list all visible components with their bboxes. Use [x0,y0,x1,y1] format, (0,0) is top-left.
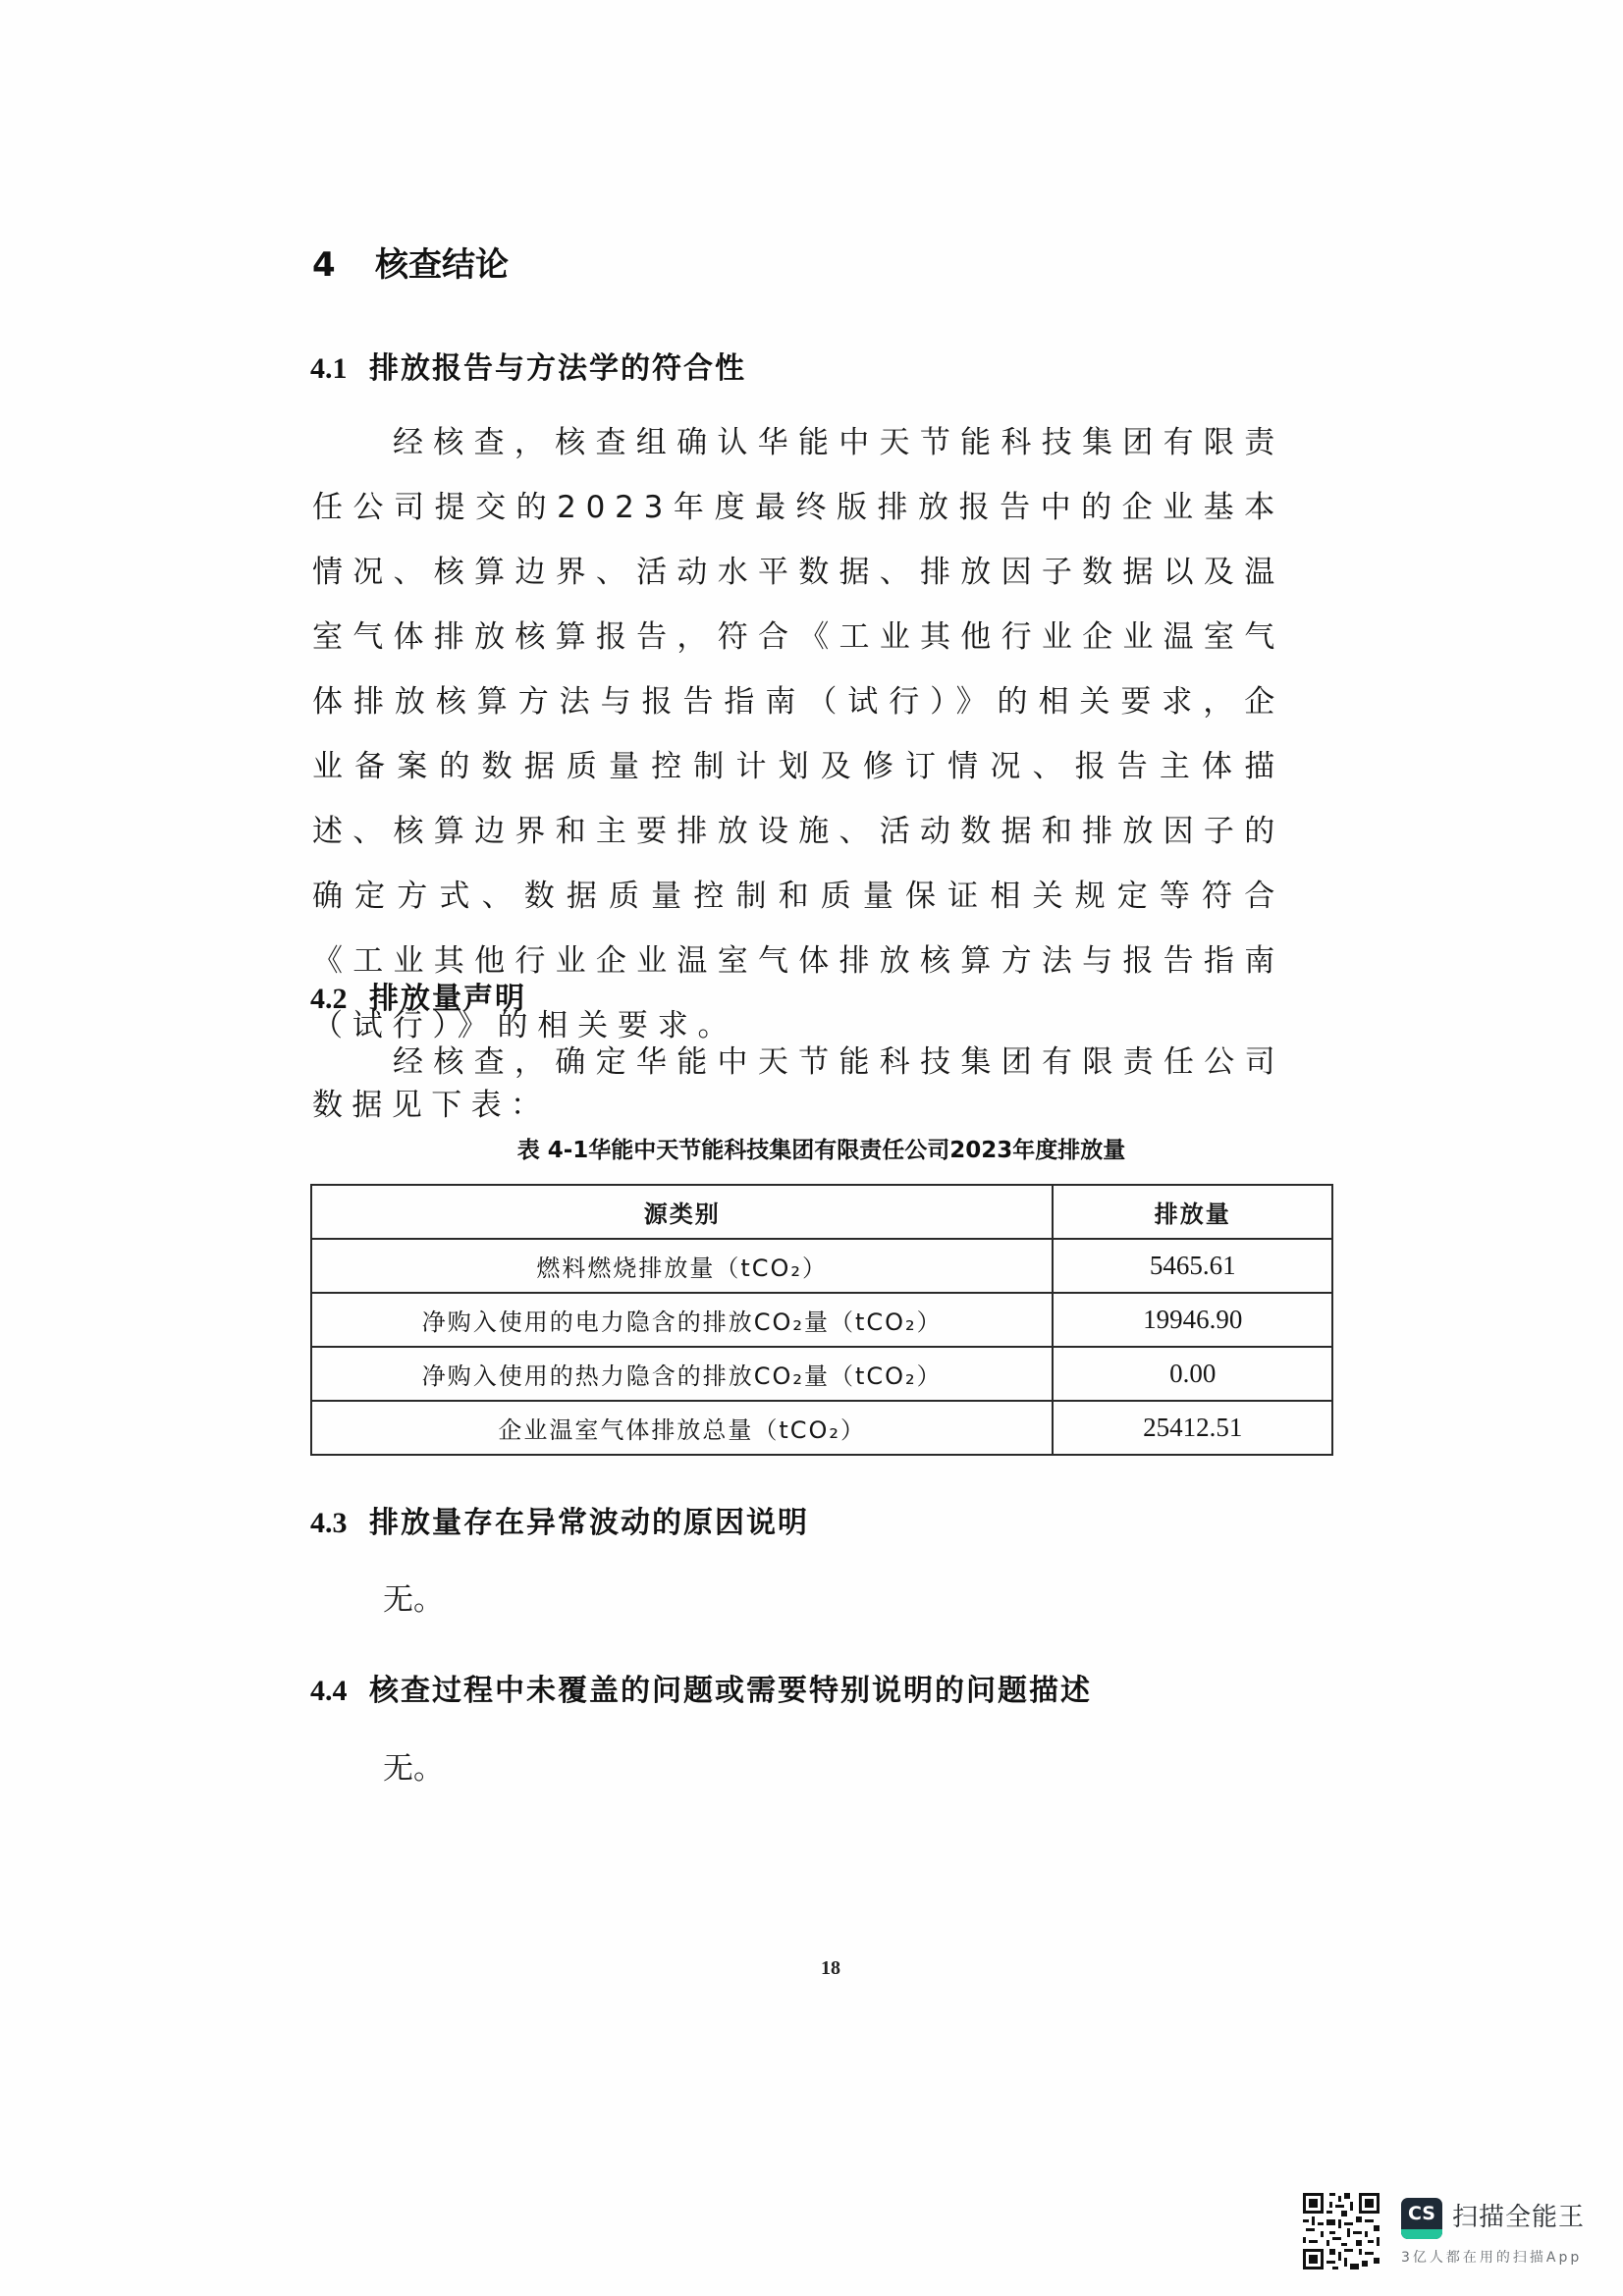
section-number: 4.4 [310,1672,369,1711]
chapter-title: 核查结论 [375,245,509,285]
chapter-number: 4 [312,243,375,287]
header-source-category: 源类别 [311,1185,1053,1239]
watermark-title: 扫描全能王 [1452,2199,1585,2236]
page-number: 18 [821,1957,840,1980]
section-4-4-paragraph: 无。 [383,1749,444,1789]
chapter-heading: 4核查结论 [312,243,509,287]
section-title: 排放报告与方法学的符合性 [369,351,746,386]
row-source: 净购入使用的热力隐含的排放CO₂量（tCO₂） [311,1347,1053,1401]
section-title: 核查过程中未覆盖的问题或需要特别说明的问题描述 [369,1674,1092,1708]
section-4-3-paragraph: 无。 [383,1580,444,1620]
header-emission-amount: 排放量 [1053,1185,1332,1239]
camscanner-logo-icon: CS [1401,2198,1442,2239]
row-value: 5465.61 [1053,1239,1332,1293]
table-row: 净购入使用的热力隐含的排放CO₂量（tCO₂） 0.00 [311,1347,1332,1401]
row-value: 19946.90 [1053,1293,1332,1347]
section-title: 排放量声明 [369,982,526,1016]
table-row: 企业温室气体排放总量（tCO₂） 25412.51 [311,1401,1332,1455]
section-heading-4-3: 4.3排放量存在异常波动的原因说明 [310,1504,809,1543]
watermark-subtitle: 3亿人都在用的扫描App [1401,2248,1582,2268]
table-caption: 表 4-1华能中天节能科技集团有限责任公司2023年度排放量 [310,1135,1332,1166]
table-header-row: 源类别 排放量 [311,1185,1332,1239]
row-value: 25412.51 [1053,1401,1332,1455]
row-source: 燃料燃烧排放量（tCO₂） [311,1239,1053,1293]
section-number: 4.2 [310,980,369,1019]
section-title: 排放量存在异常波动的原因说明 [369,1506,809,1540]
qr-code-icon [1303,2193,1380,2269]
scanner-watermark: CS 扫描全能王 3亿人都在用的扫描App [1303,2193,1617,2275]
table-row: 燃料燃烧排放量（tCO₂） 5465.61 [311,1239,1332,1293]
section-4-1-paragraph: 经核查，核查组确认华能中天节能科技集团有限责任公司提交的2023年度最终版排放报… [312,410,1284,1058]
row-source: 企业温室气体排放总量（tCO₂） [311,1401,1053,1455]
section-number: 4.1 [310,349,369,389]
section-heading-4-2: 4.2排放量声明 [310,980,526,1019]
row-value: 0.00 [1053,1347,1332,1401]
document-page: 4核查结论 4.1排放报告与方法学的符合性 经核查，核查组确认华能中天节能科技集… [0,0,1623,2296]
section-heading-4-4: 4.4核查过程中未覆盖的问题或需要特别说明的问题描述 [310,1672,1092,1711]
section-heading-4-1: 4.1排放报告与方法学的符合性 [310,349,746,389]
row-source: 净购入使用的电力隐含的排放CO₂量（tCO₂） [311,1293,1053,1347]
emissions-table: 源类别 排放量 燃料燃烧排放量（tCO₂） 5465.61 净购入使用的电力隐含… [310,1184,1333,1456]
section-number: 4.3 [310,1504,369,1543]
table-row: 净购入使用的电力隐含的排放CO₂量（tCO₂） 19946.90 [311,1293,1332,1347]
section-4-2-paragraph: 经核查，确定华能中天节能科技集团有限责任公司数据见下表： [312,1041,1284,1127]
